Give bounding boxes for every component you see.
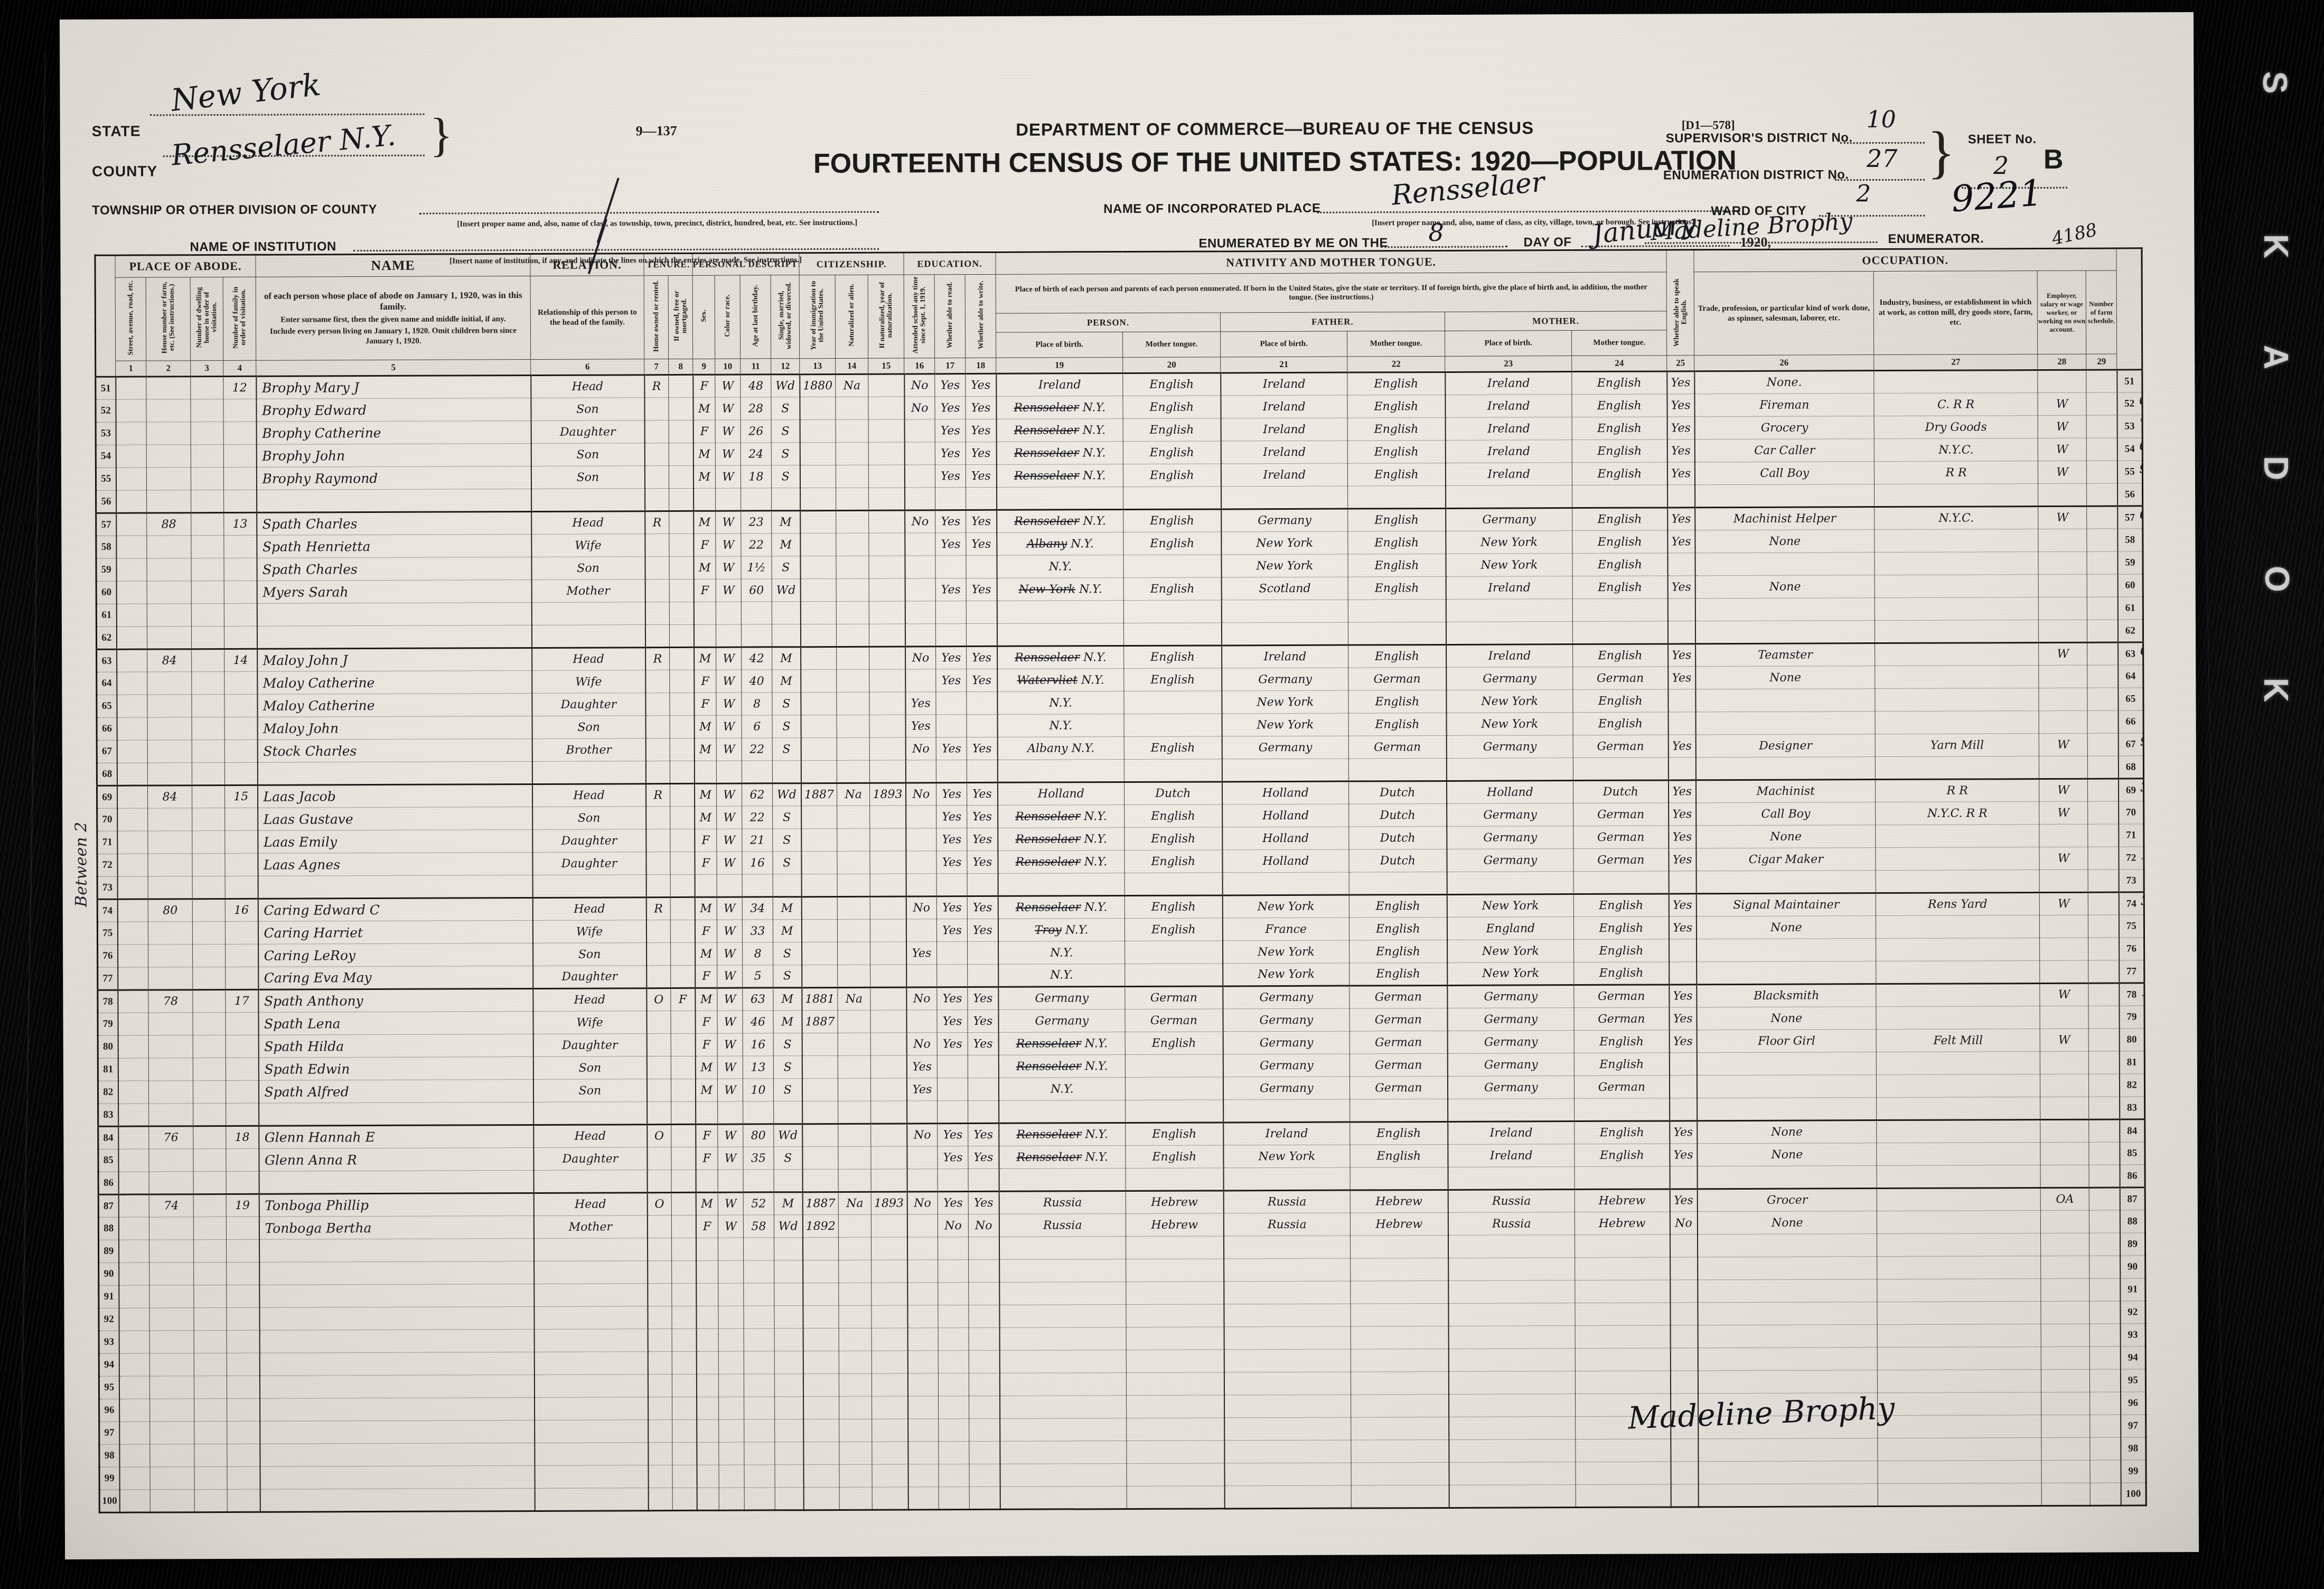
cell-write: Yes	[966, 442, 996, 464]
cell-pob	[999, 1259, 1126, 1283]
line-number-left: 61	[96, 604, 116, 627]
cell-mortgage	[669, 511, 694, 534]
cell-emp: W	[2039, 779, 2088, 801]
cell-mt: German	[1125, 986, 1223, 1010]
cell-ind: Felt Mill	[1876, 1029, 2040, 1052]
enumeration-label: ENUMERATION DISTRICT No.	[1663, 167, 1849, 183]
struck-entry: Watervliet	[1017, 674, 1078, 687]
cell-emp	[2039, 688, 2087, 711]
cell-relation: Wife	[532, 670, 645, 694]
name-desc-3: Include every person living on January 1…	[259, 326, 527, 347]
cell-house	[146, 468, 191, 490]
line-number-right: 6362	[2118, 642, 2143, 665]
cell-mortgage	[669, 534, 694, 556]
cell-ind: C. R R	[1874, 392, 2038, 416]
form-number: 9—137	[636, 123, 677, 139]
cell-nat	[839, 1328, 871, 1351]
cell-street	[116, 536, 147, 558]
cell-mortgage	[671, 942, 695, 965]
cell-natyr	[871, 1260, 907, 1283]
line-number-right: 89	[2120, 1233, 2145, 1256]
cell-english: Yes	[1668, 735, 1695, 758]
cell-age: 62	[742, 783, 773, 806]
cell-marital: Wd	[773, 783, 801, 806]
cell-sex: M	[693, 443, 715, 465]
struck-entry: Rensselaer	[1015, 651, 1080, 664]
line-number-right: 56	[2117, 483, 2143, 506]
cell-occ: Call Boy	[1694, 462, 1874, 485]
line-number-left: 83	[98, 1104, 118, 1126]
cell-name: Brophy Edward	[256, 398, 531, 422]
cell-mt: English	[1123, 464, 1221, 487]
cell-imm	[800, 397, 836, 419]
cell-street	[119, 1399, 150, 1422]
line-number-left: 90	[99, 1263, 119, 1285]
cell-emp	[2038, 597, 2087, 620]
cell-read	[936, 692, 967, 715]
cell-write: Yes	[966, 510, 997, 532]
col-write-header: Whether able to write.	[965, 274, 996, 358]
cell-farm	[2087, 688, 2118, 711]
cell-mpob: Germany	[1447, 985, 1574, 1008]
struck-entry: Rensselaer	[1016, 1151, 1081, 1164]
cell-age: 40	[742, 670, 772, 693]
cell-house	[150, 1490, 194, 1512]
cell-street	[116, 604, 147, 627]
cell-write	[969, 1259, 999, 1282]
cell-emp	[2040, 1051, 2088, 1074]
cell-marital: S	[773, 829, 801, 852]
cell-english	[1667, 485, 1695, 508]
cell-mmt: English	[1573, 644, 1668, 667]
cell-street	[119, 1490, 150, 1512]
nativity-note: Place of birth of each person and parent…	[996, 272, 1666, 314]
cell-house: 84	[147, 649, 192, 672]
cell-sex: M	[695, 988, 717, 1011]
cell-read	[938, 1237, 969, 1260]
cell-relation: Head	[532, 648, 645, 671]
cell-dwelling	[192, 717, 224, 740]
line-number-right: 66	[2118, 711, 2143, 733]
cell-relation: Son	[533, 1057, 646, 1080]
cell-ind	[1878, 1460, 2041, 1483]
cell-marital: Wd	[774, 1215, 802, 1238]
cell-home	[646, 875, 670, 898]
line-number-right: 5464	[2117, 438, 2142, 461]
cell-house: 78	[148, 990, 193, 1013]
cell-english: Yes	[1667, 508, 1695, 530]
cell-fmt	[1351, 1326, 1448, 1349]
cell-relation	[534, 1261, 648, 1284]
cell-relation: Wife	[531, 534, 645, 557]
cell-name	[257, 489, 531, 512]
line-number-right: 76	[2119, 938, 2144, 960]
cell-mortgage	[669, 556, 694, 579]
cell-street	[116, 581, 147, 604]
cell-ind	[1877, 1256, 2041, 1279]
cell-write	[969, 1418, 1000, 1441]
cell-mt: Hebrew	[1126, 1191, 1223, 1214]
cell-relation	[535, 1488, 648, 1511]
cell-emp	[2038, 483, 2087, 506]
cell-age	[744, 1442, 775, 1465]
cell-school	[906, 851, 936, 874]
cell-fmt	[1351, 1462, 1449, 1485]
cell-age	[742, 874, 773, 897]
cell-mmt	[1576, 1439, 1671, 1462]
cell-nat	[836, 488, 869, 510]
cell-imm	[803, 1260, 839, 1283]
cell-sex	[696, 1374, 718, 1397]
cell-mpob: New York	[1446, 531, 1572, 554]
cell-nat	[837, 669, 869, 692]
cell-house	[147, 740, 192, 763]
cell-fmt	[1351, 1235, 1448, 1258]
enumeration-line	[1835, 179, 1925, 181]
cell-read	[935, 556, 966, 578]
line-number-left: 100	[99, 1490, 119, 1512]
cell-emp: OA	[2040, 1188, 2089, 1210]
cell-mt: English	[1124, 850, 1222, 873]
cell-nat	[837, 737, 869, 760]
cell-relation: Head	[533, 988, 646, 1012]
cell-write	[966, 601, 997, 623]
line-number-left: 80	[98, 1035, 118, 1058]
cell-read: Yes	[935, 465, 966, 488]
line-number-left: 52	[96, 399, 116, 422]
cell-name	[257, 602, 531, 626]
cell-read: Yes	[936, 896, 967, 919]
cell-natyr	[868, 397, 904, 419]
cell-relation	[535, 1397, 648, 1420]
cell-mpob	[1448, 1235, 1575, 1258]
cell-name	[257, 625, 531, 649]
cell-mt: English	[1123, 532, 1221, 555]
cell-house	[149, 1331, 194, 1353]
cell-color	[718, 1101, 743, 1124]
cell-street	[118, 1126, 149, 1149]
cell-read: Yes	[935, 578, 966, 601]
cell-ind	[1875, 688, 2039, 711]
cell-occ: None	[1696, 825, 1876, 848]
column-number: 19	[996, 358, 1123, 374]
cell-read: Yes	[936, 828, 967, 851]
cell-mpob: New York	[1446, 554, 1572, 577]
line-number-left: 86	[98, 1172, 118, 1194]
cell-mortgage	[671, 1170, 696, 1192]
cell-street	[118, 1194, 149, 1217]
line-number-left: 99	[99, 1467, 119, 1490]
cell-family	[226, 1058, 258, 1080]
cell-dwelling	[191, 376, 223, 399]
cell-natyr	[869, 533, 905, 556]
cell-mmt: English	[1573, 917, 1669, 940]
cell-mpob: Germany	[1447, 1053, 1574, 1077]
cell-pob	[1000, 1464, 1127, 1487]
col-trade-header: Trade, profession, or particular kind of…	[1694, 272, 1874, 356]
cell-nat	[839, 1419, 872, 1442]
cell-street	[117, 922, 148, 945]
cell-emp	[2041, 1483, 2090, 1506]
cell-name: Maloy John J	[257, 648, 532, 671]
cell-natyr	[869, 737, 905, 760]
cell-mt	[1126, 1327, 1224, 1350]
cell-house	[148, 808, 192, 831]
cell-name: Tonboga Bertha	[259, 1216, 533, 1239]
cell-mortgage	[671, 1238, 696, 1260]
cell-mt: English	[1123, 396, 1221, 419]
cell-school: No	[906, 987, 937, 1010]
cell-home	[648, 1306, 672, 1329]
cell-farm	[2087, 665, 2118, 688]
cell-mortgage	[671, 965, 695, 988]
column-number: 27	[1874, 354, 2038, 370]
cell-occ: None	[1695, 530, 1875, 553]
cell-pob	[997, 623, 1124, 647]
cell-sex	[695, 874, 717, 897]
cell-school	[906, 919, 936, 942]
cell-emp	[2041, 1347, 2089, 1369]
line-number-right: 82	[2120, 1074, 2145, 1097]
cell-mmt	[1573, 871, 1669, 894]
cell-read	[938, 1101, 968, 1124]
margin-scribble: 62	[2140, 643, 2143, 658]
cell-write	[968, 1169, 999, 1191]
cell-sex	[697, 1488, 719, 1510]
cell-marital: S	[773, 1033, 802, 1056]
cell-occ	[1698, 1370, 1877, 1394]
cell-occ: Fireman	[1694, 394, 1874, 417]
cell-fmt	[1351, 1280, 1448, 1304]
cell-farm	[2088, 938, 2119, 960]
cell-ind	[1878, 1392, 2041, 1415]
cell-farm	[2089, 1142, 2120, 1165]
cell-emp: W	[2039, 642, 2087, 665]
cell-mpob: Germany	[1446, 735, 1573, 759]
cell-nat	[837, 715, 869, 737]
cell-imm	[801, 828, 837, 851]
cell-nat	[838, 1146, 871, 1169]
cell-natyr	[870, 1055, 906, 1078]
cell-mmt	[1572, 485, 1667, 508]
cell-mpob: Russia	[1448, 1212, 1575, 1236]
cell-mmt: English	[1572, 576, 1667, 599]
cell-fpob	[1222, 872, 1349, 895]
cell-mmt: English	[1572, 394, 1667, 417]
cell-english: Yes	[1669, 1030, 1697, 1053]
cell-natyr: 1893	[870, 783, 906, 806]
cell-color: W	[717, 1033, 743, 1056]
cell-relation: Head	[533, 1125, 647, 1148]
cell-english	[1668, 621, 1695, 644]
cell-street	[119, 1308, 149, 1331]
cell-name: Laas Emily	[258, 829, 532, 853]
cell-family	[226, 1239, 259, 1262]
margin-scribble: 378	[2141, 893, 2144, 908]
struck-entry: Rensselaer	[1016, 1060, 1081, 1073]
cell-age: 16	[743, 1033, 773, 1056]
cell-mortgage	[669, 397, 693, 420]
cell-nat	[838, 1078, 870, 1101]
cell-farm	[2087, 483, 2117, 506]
cell-occ	[1695, 484, 1875, 508]
cell-read	[937, 1055, 968, 1078]
cell-color: W	[717, 852, 742, 874]
cell-write	[966, 555, 997, 578]
cell-dwelling	[194, 1489, 227, 1512]
cell-age: 28	[741, 397, 771, 420]
cell-imm	[803, 1305, 839, 1328]
line-number-right: 71	[2119, 824, 2144, 847]
day-of-label: DAY OF	[1523, 235, 1571, 250]
line-number-right: 98	[2121, 1437, 2146, 1460]
cell-emp: W	[2038, 461, 2086, 483]
cell-mpob: New York	[1446, 690, 1573, 713]
cell-ind	[1876, 824, 2039, 847]
cell-fpob: New York	[1223, 1145, 1350, 1168]
cell-sex: F	[694, 670, 716, 693]
line-number-right: 58	[2117, 529, 2143, 552]
cell-nat	[836, 624, 869, 647]
cell-english	[1670, 1098, 1697, 1121]
film-edge-letter: O	[2257, 566, 2297, 593]
cell-relation	[531, 602, 645, 625]
cell-pob: N.Y.	[999, 1078, 1126, 1101]
cell-dwelling	[194, 1285, 227, 1307]
cell-natyr	[871, 1214, 907, 1237]
cell-imm	[801, 919, 837, 942]
cell-age: 42	[742, 647, 772, 670]
line-number-right: 57636	[2117, 506, 2143, 529]
line-number-right: 91	[2120, 1278, 2145, 1301]
cell-fmt: Hebrew	[1350, 1190, 1448, 1213]
cell-home: O	[646, 988, 671, 1011]
column-number: 20	[1123, 357, 1221, 373]
cell-emp	[2041, 1256, 2089, 1278]
struck-entry: Rensselaer	[1016, 1037, 1081, 1050]
cell-family	[227, 1307, 259, 1330]
cell-natyr	[872, 1419, 908, 1442]
cell-house	[149, 1240, 193, 1263]
cell-imm	[800, 465, 836, 488]
cell-relation	[533, 1170, 647, 1193]
cell-color: W	[716, 534, 741, 556]
cell-imm	[802, 1101, 838, 1124]
cell-name: Brophy John	[256, 443, 531, 467]
cell-mt	[1125, 964, 1223, 987]
cell-home	[648, 1465, 672, 1488]
cell-ind	[1875, 711, 2039, 734]
cell-pob	[1000, 1396, 1127, 1419]
cell-school	[905, 669, 936, 692]
cell-farm	[2087, 529, 2117, 552]
cell-write: Yes	[966, 373, 996, 396]
cell-house: 76	[149, 1126, 193, 1149]
line-number-right: 6936	[2119, 779, 2144, 801]
col-color-header: Color or race.	[715, 275, 741, 359]
cell-dwelling	[191, 581, 224, 603]
cell-relation: Son	[531, 557, 645, 580]
column-number: 23	[1445, 356, 1572, 372]
cell-school	[905, 578, 935, 601]
cell-family	[227, 1262, 259, 1285]
cell-emp: W	[2039, 801, 2088, 824]
cell-english	[1670, 1303, 1698, 1325]
cell-nat	[836, 510, 869, 533]
cell-pob	[1000, 1487, 1127, 1510]
cell-fmt	[1351, 1371, 1448, 1395]
cell-street	[119, 1331, 149, 1353]
cell-occ	[1698, 1279, 1877, 1303]
cell-nat	[838, 942, 870, 965]
cell-nat	[839, 1442, 872, 1464]
cell-house	[149, 1104, 193, 1126]
cell-imm	[802, 1078, 838, 1101]
cell-home	[646, 943, 671, 966]
cell-imm	[802, 1124, 838, 1146]
cell-age	[741, 488, 772, 511]
cell-read	[939, 1487, 969, 1510]
cell-color	[718, 1260, 744, 1283]
cell-natyr	[871, 1237, 907, 1260]
cell-home	[648, 1488, 672, 1511]
cell-home	[645, 579, 669, 602]
cell-nat	[838, 1101, 871, 1124]
cell-home	[645, 693, 670, 716]
cell-color: W	[716, 556, 741, 579]
cell-pob	[999, 1237, 1126, 1260]
cell-name: Laas Agnes	[258, 852, 532, 876]
line-number-left: 63	[97, 649, 117, 672]
cell-mt	[1126, 1100, 1223, 1123]
column-number: 10	[715, 359, 741, 375]
cell-street	[119, 1467, 150, 1490]
line-number-left: 75	[97, 922, 117, 945]
cell-marital: Wd	[772, 579, 800, 602]
cell-emp	[2040, 960, 2088, 983]
cell-read: Yes	[936, 669, 967, 692]
cell-english	[1671, 1484, 1698, 1507]
cell-sex	[696, 1351, 718, 1374]
cell-relation	[532, 761, 645, 784]
stray-number: 4188	[2050, 219, 2099, 249]
cell-mortgage	[671, 1124, 696, 1147]
cell-mmt	[1575, 1098, 1670, 1121]
cell-street	[118, 967, 148, 990]
cell-dwelling	[191, 626, 224, 649]
line-col-header-right	[2116, 248, 2142, 370]
cell-street	[119, 1376, 149, 1399]
cell-fmt: German	[1350, 1031, 1447, 1054]
cell-mortgage	[670, 829, 695, 852]
cell-age: 48	[741, 375, 771, 397]
cell-mortgage	[669, 602, 694, 624]
cell-natyr	[870, 942, 906, 965]
cell-dwelling	[193, 1103, 226, 1126]
cell-farm	[2088, 1051, 2119, 1074]
cell-mt	[1127, 1418, 1224, 1441]
cell-name: Caring LeRoy	[258, 943, 533, 967]
cell-relation	[533, 1102, 647, 1125]
cell-relation	[534, 1306, 648, 1330]
cell-relation	[535, 1465, 648, 1489]
cell-imm	[801, 715, 837, 737]
supervisor-label: SUPERVISOR'S DISTRICT No.	[1666, 130, 1853, 146]
cell-farm	[2088, 1029, 2119, 1051]
cell-relation: Daughter	[532, 829, 646, 853]
cell-dwelling	[192, 785, 224, 808]
cell-pob: Rensselaer N.Y.	[996, 419, 1123, 442]
